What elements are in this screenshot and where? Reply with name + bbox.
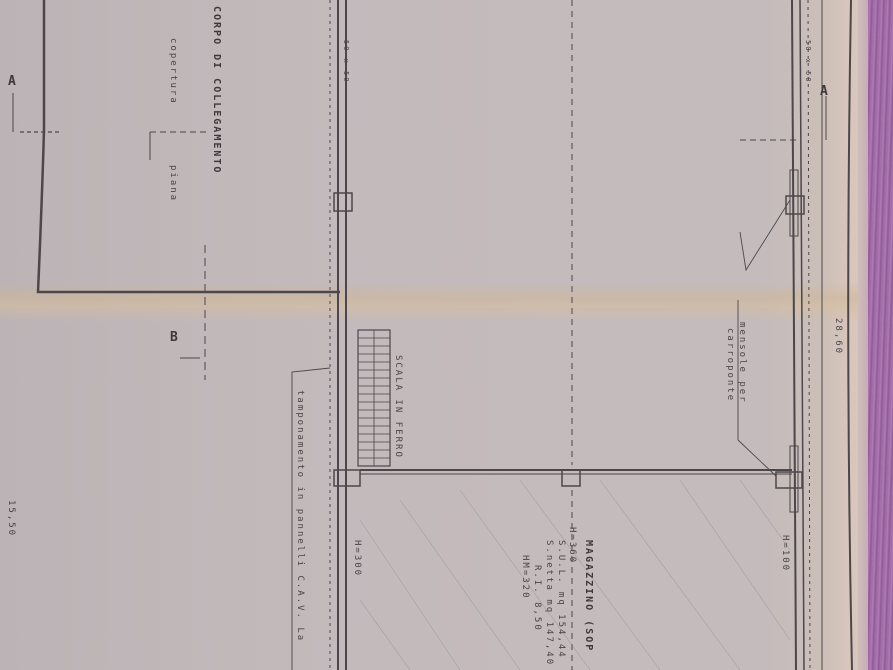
label-mag-ri: R.I. 8,50	[532, 565, 542, 632]
section-mark-b: B	[170, 330, 178, 345]
dimension-top-strip: 50 x 50	[342, 40, 350, 84]
label-tamponamento: tamponamento in pannelli C.A.V. La	[295, 390, 305, 642]
label-mag-h: H=360	[567, 527, 577, 564]
label-h100: H=100	[780, 535, 790, 572]
label-corpo-collegamento: CORPO DI COLLEGAMENTO	[211, 6, 222, 174]
label-scala-ferro: SCALA IN FERRO	[393, 355, 403, 459]
label-piana: piana	[168, 165, 178, 202]
dimension-right-strip: 50 x 50	[804, 40, 812, 84]
floor-plan-lines	[0, 0, 893, 670]
dimension-right: 28,60	[833, 318, 843, 355]
label-mag-hm: HM=320	[520, 555, 530, 600]
section-mark-a-right: A	[820, 84, 828, 99]
label-h300: H=300	[352, 540, 362, 577]
section-mark-a-left: A	[8, 74, 16, 89]
label-carroponte: carroponte	[725, 328, 735, 402]
label-magazzino: MAGAZZINO (SOP	[583, 540, 594, 652]
label-mensole: mensole per	[737, 322, 747, 404]
dimension-left: 15,50	[6, 500, 16, 537]
label-mag-sul: S.U.L. mq 154,44	[556, 540, 566, 659]
label-copertura: copertura	[168, 38, 178, 105]
label-mag-snetta: S.netta mq 147,40	[544, 540, 554, 666]
